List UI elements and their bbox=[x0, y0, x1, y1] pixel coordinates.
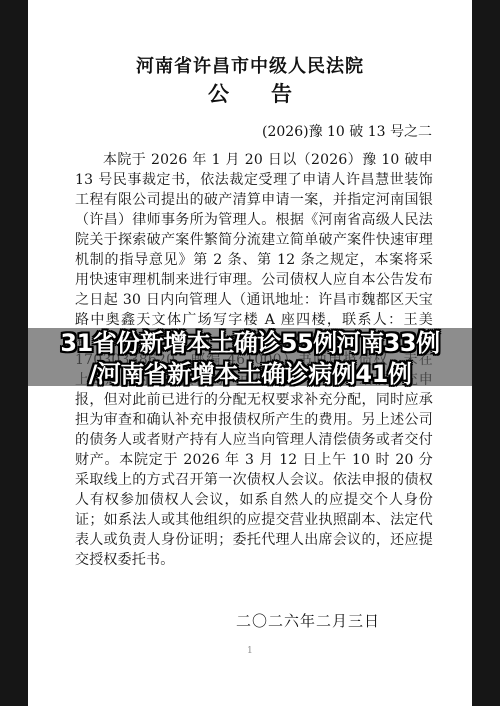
doc-date: 二〇二六年二月三日 bbox=[236, 610, 380, 631]
page-number: 1 bbox=[247, 646, 253, 656]
right-letterbox-bar bbox=[472, 0, 500, 706]
doc-title: 公 告 bbox=[28, 78, 472, 108]
news-banner: 31省份新增本土确诊55例河南33例 /河南省新增本土确诊病例41例 bbox=[0, 328, 500, 390]
left-letterbox-bar bbox=[0, 0, 28, 706]
banner-line-1: 31省份新增本土确诊55例河南33例 bbox=[0, 328, 500, 359]
banner-line-2: /河南省新增本土确诊病例41例 bbox=[0, 359, 500, 390]
case-number: (2026)豫 10 破 13 号之二 bbox=[262, 121, 432, 141]
court-name: 河南省许昌市中级人民法院 bbox=[28, 52, 472, 78]
court-announcement-page: 河南省许昌市中级人民法院 公 告 (2026)豫 10 破 13 号之二 本院于… bbox=[0, 0, 500, 706]
